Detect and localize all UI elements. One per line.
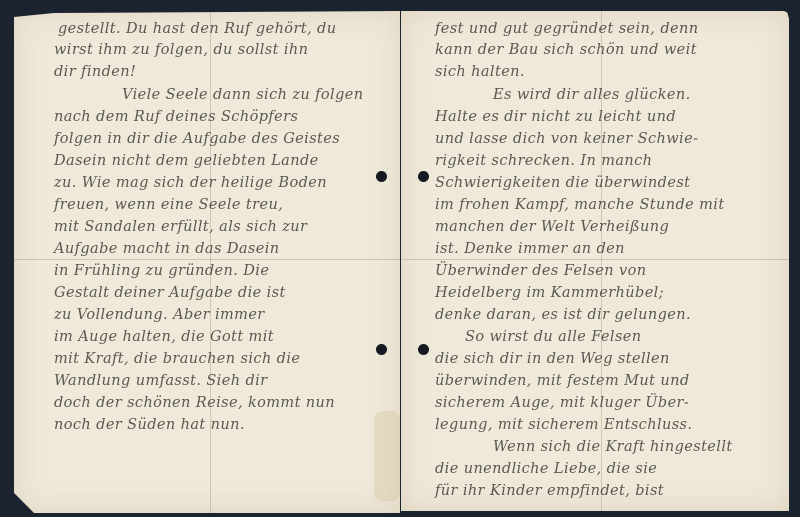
handwritten-line: fest und gut gegründet sein, denn: [435, 21, 698, 37]
handwritten-line: Halte es dir nicht zu leicht und: [435, 109, 676, 125]
fold-crease: [14, 259, 400, 260]
punch-hole: [418, 344, 429, 355]
handwritten-line: und lasse dich von keiner Schwie-: [435, 131, 698, 147]
handwritten-line: So wirst du alle Felsen: [465, 329, 642, 345]
handwritten-line: doch der schönen Reise, kommt nun: [54, 395, 335, 411]
handwritten-line: freuen, wenn eine Seele treu,: [54, 197, 283, 213]
handwritten-line: gestellt. Du hast den Ruf gehört, du: [58, 21, 336, 37]
handwritten-line: sich halten.: [435, 64, 525, 80]
handwritten-line: dir finden!: [54, 64, 136, 80]
handwritten-line: Überwinder des Felsen von: [435, 263, 646, 279]
fold-crease: [401, 259, 789, 260]
handwritten-line: Dasein nicht dem geliebten Lande: [54, 153, 319, 169]
handwritten-line: Heidelberg im Kammerhübel;: [435, 285, 664, 301]
handwritten-line: legung, mit sicherem Entschluss.: [435, 417, 692, 433]
punch-hole: [376, 171, 387, 182]
punch-hole: [418, 171, 429, 182]
handwritten-line: für ihr Kinder empfindet, bist: [435, 483, 664, 499]
handwritten-line: mit Kraft, die brauchen sich die: [54, 351, 300, 367]
handwritten-line: sicherem Auge, mit kluger Über-: [435, 395, 689, 411]
letter-page-left: gestellt. Du hast den Ruf gehört, du wir…: [14, 11, 400, 513]
handwritten-line: manchen der Welt Verheißung: [435, 219, 669, 235]
paper-stain: [374, 411, 400, 501]
handwritten-line: kann der Bau sich schön und weit: [435, 42, 697, 58]
letter-page-right: fest und gut gegründet sein, denn kann d…: [401, 11, 789, 511]
fold-crease: [601, 11, 602, 511]
handwritten-line: mit Sandalen erfüllt, als sich zur: [54, 219, 307, 235]
handwritten-line: Wandlung umfasst. Sieh dir: [54, 373, 268, 389]
handwritten-line: im Auge halten, die Gott mit: [54, 329, 274, 345]
handwritten-line: wirst ihm zu folgen, du sollst ihn: [54, 42, 308, 58]
handwritten-line: Gestalt deiner Aufgabe die ist: [54, 285, 286, 301]
handwritten-line: ist. Denke immer an den: [435, 241, 625, 257]
handwritten-line: zu Vollendung. Aber immer: [54, 307, 265, 323]
handwritten-line: noch der Süden hat nun.: [54, 417, 245, 433]
handwritten-line: überwinden, mit festem Mut und: [435, 373, 690, 389]
handwritten-line: Schwierigkeiten die überwindest: [435, 175, 690, 191]
handwritten-line: zu. Wie mag sich der heilige Boden: [54, 175, 327, 191]
handwritten-line: nach dem Ruf deines Schöpfers: [54, 109, 298, 125]
handwritten-line: Es wird dir alles glücken.: [493, 87, 691, 103]
handwritten-line: folgen in dir die Aufgabe des Geistes: [54, 131, 340, 147]
punch-hole: [376, 344, 387, 355]
handwritten-line: Wenn sich die Kraft hingestellt: [493, 439, 733, 455]
handwritten-line: Viele Seele dann sich zu folgen: [122, 87, 363, 103]
handwritten-line: in Frühling zu gründen. Die: [54, 263, 269, 279]
handwritten-line: die unendliche Liebe, die sie: [435, 461, 657, 477]
handwritten-line: denke daran, es ist dir gelungen.: [435, 307, 691, 323]
handwritten-line: rigkeit schrecken. In manch: [435, 153, 652, 169]
handwritten-line: Aufgabe macht in das Dasein: [54, 241, 280, 257]
handwritten-line: die sich dir in den Weg stellen: [435, 351, 670, 367]
handwritten-line: im frohen Kampf, manche Stunde mit: [435, 197, 725, 213]
